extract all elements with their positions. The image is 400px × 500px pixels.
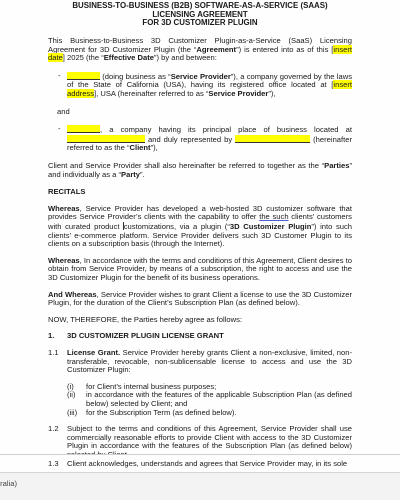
provider-text: ], USA (hereinafter referred to as “ <box>94 89 208 98</box>
intro-text: ] 2025 (the “ <box>63 53 104 62</box>
client-text: , a company having its principal place o… <box>100 125 352 134</box>
next-document-page[interactable]: 1.3Client acknowledges, understands and … <box>0 455 400 472</box>
client-text: and duly represented by <box>145 135 235 144</box>
client-address-blank[interactable] <box>67 135 145 143</box>
recital-2: Whereas, In accordance with the terms an… <box>48 257 352 283</box>
bullet-dash: - <box>58 72 61 81</box>
clause-number: 1.2 <box>48 425 59 434</box>
document-body[interactable]: BUSINESS-TO-BUSINESS (B2B) SOFTWARE-AS-A… <box>48 0 352 459</box>
intro-text: ”) by and between: <box>154 53 217 62</box>
section-1-heading: 1.3D CUSTOMIZER PLUGIN LICENSE GRANT <box>48 332 352 341</box>
sub-item-number: (ii) <box>67 391 75 400</box>
intro-text: ”) is entered into as of this [ <box>236 45 333 54</box>
recitals-heading: RECITALS <box>48 188 352 197</box>
spellcheck-flagged-text[interactable]: the such <box>259 212 288 221</box>
client-ref: Client <box>129 143 150 152</box>
language-indicator[interactable]: tralia) <box>0 479 17 488</box>
client-text: ”), <box>151 143 158 152</box>
clause-text: Client acknowledges, understands and agr… <box>67 459 347 468</box>
sub-item-text: for the Subscription Term (as defined be… <box>86 408 237 417</box>
party-term: Party <box>121 170 140 179</box>
effective-date-term: Effective Date <box>104 53 154 62</box>
client-name-blank[interactable] <box>67 125 100 133</box>
parties-term: Parties <box>324 161 349 170</box>
clause-1-1-sub-list: (i)for Client’s internal business purpos… <box>48 383 352 417</box>
clause-1-3: 1.3Client acknowledges, understands and … <box>48 460 352 469</box>
provider-ref: Service Provider <box>208 89 268 98</box>
clause-1-1: 1.1License Grant. Service Provider hereb… <box>48 349 352 375</box>
document-page[interactable]: BUSINESS-TO-BUSINESS (B2B) SOFTWARE-AS-A… <box>0 0 400 486</box>
client-representative-blank[interactable] <box>235 135 310 143</box>
sub-item: (ii)in accordance with the features of t… <box>48 391 352 408</box>
bullet-dash: - <box>58 125 61 134</box>
provider-text: ”), <box>268 89 275 98</box>
parties-text: ”. <box>140 170 145 179</box>
clause-number: 1.3 <box>48 460 59 469</box>
recital-text: , In accordance with the terms and condi… <box>48 256 352 282</box>
section-number: 1. <box>48 332 54 341</box>
document-body-continued[interactable]: 1.3Client acknowledges, understands and … <box>48 460 352 469</box>
now-therefore-paragraph: NOW, THEREFORE, the Parties hereby agree… <box>48 316 352 325</box>
section-title: 3D CUSTOMIZER PLUGIN LICENSE GRANT <box>67 331 224 340</box>
status-bar: tralia) <box>0 472 400 500</box>
recital-3: And Whereas, Service Provider wishes to … <box>48 291 352 308</box>
client-party: - , a company having its principal place… <box>48 125 352 153</box>
and-connector: and <box>48 108 352 117</box>
intro-paragraph: This Business-to-Business 3D Customizer … <box>48 37 352 63</box>
sub-item-number: (iii) <box>67 409 77 418</box>
provider-name-blank[interactable] <box>67 72 100 80</box>
service-provider-party: - (doing business as “Service Provider”)… <box>48 72 352 99</box>
parties-paragraph: Client and Service Provider shall also h… <box>48 162 352 179</box>
clause-number: 1.1 <box>48 349 59 358</box>
recital-1: Whereas, Service Provider has developed … <box>48 205 352 249</box>
document-title: BUSINESS-TO-BUSINESS (B2B) SOFTWARE-AS-A… <box>48 2 352 28</box>
sub-item: (iii)for the Subscription Term (as defin… <box>48 409 352 418</box>
sub-item-text: in accordance with the features of the a… <box>86 390 352 408</box>
title-line-3: FOR 3D CUSTOMIZER PLUGIN <box>48 19 352 28</box>
